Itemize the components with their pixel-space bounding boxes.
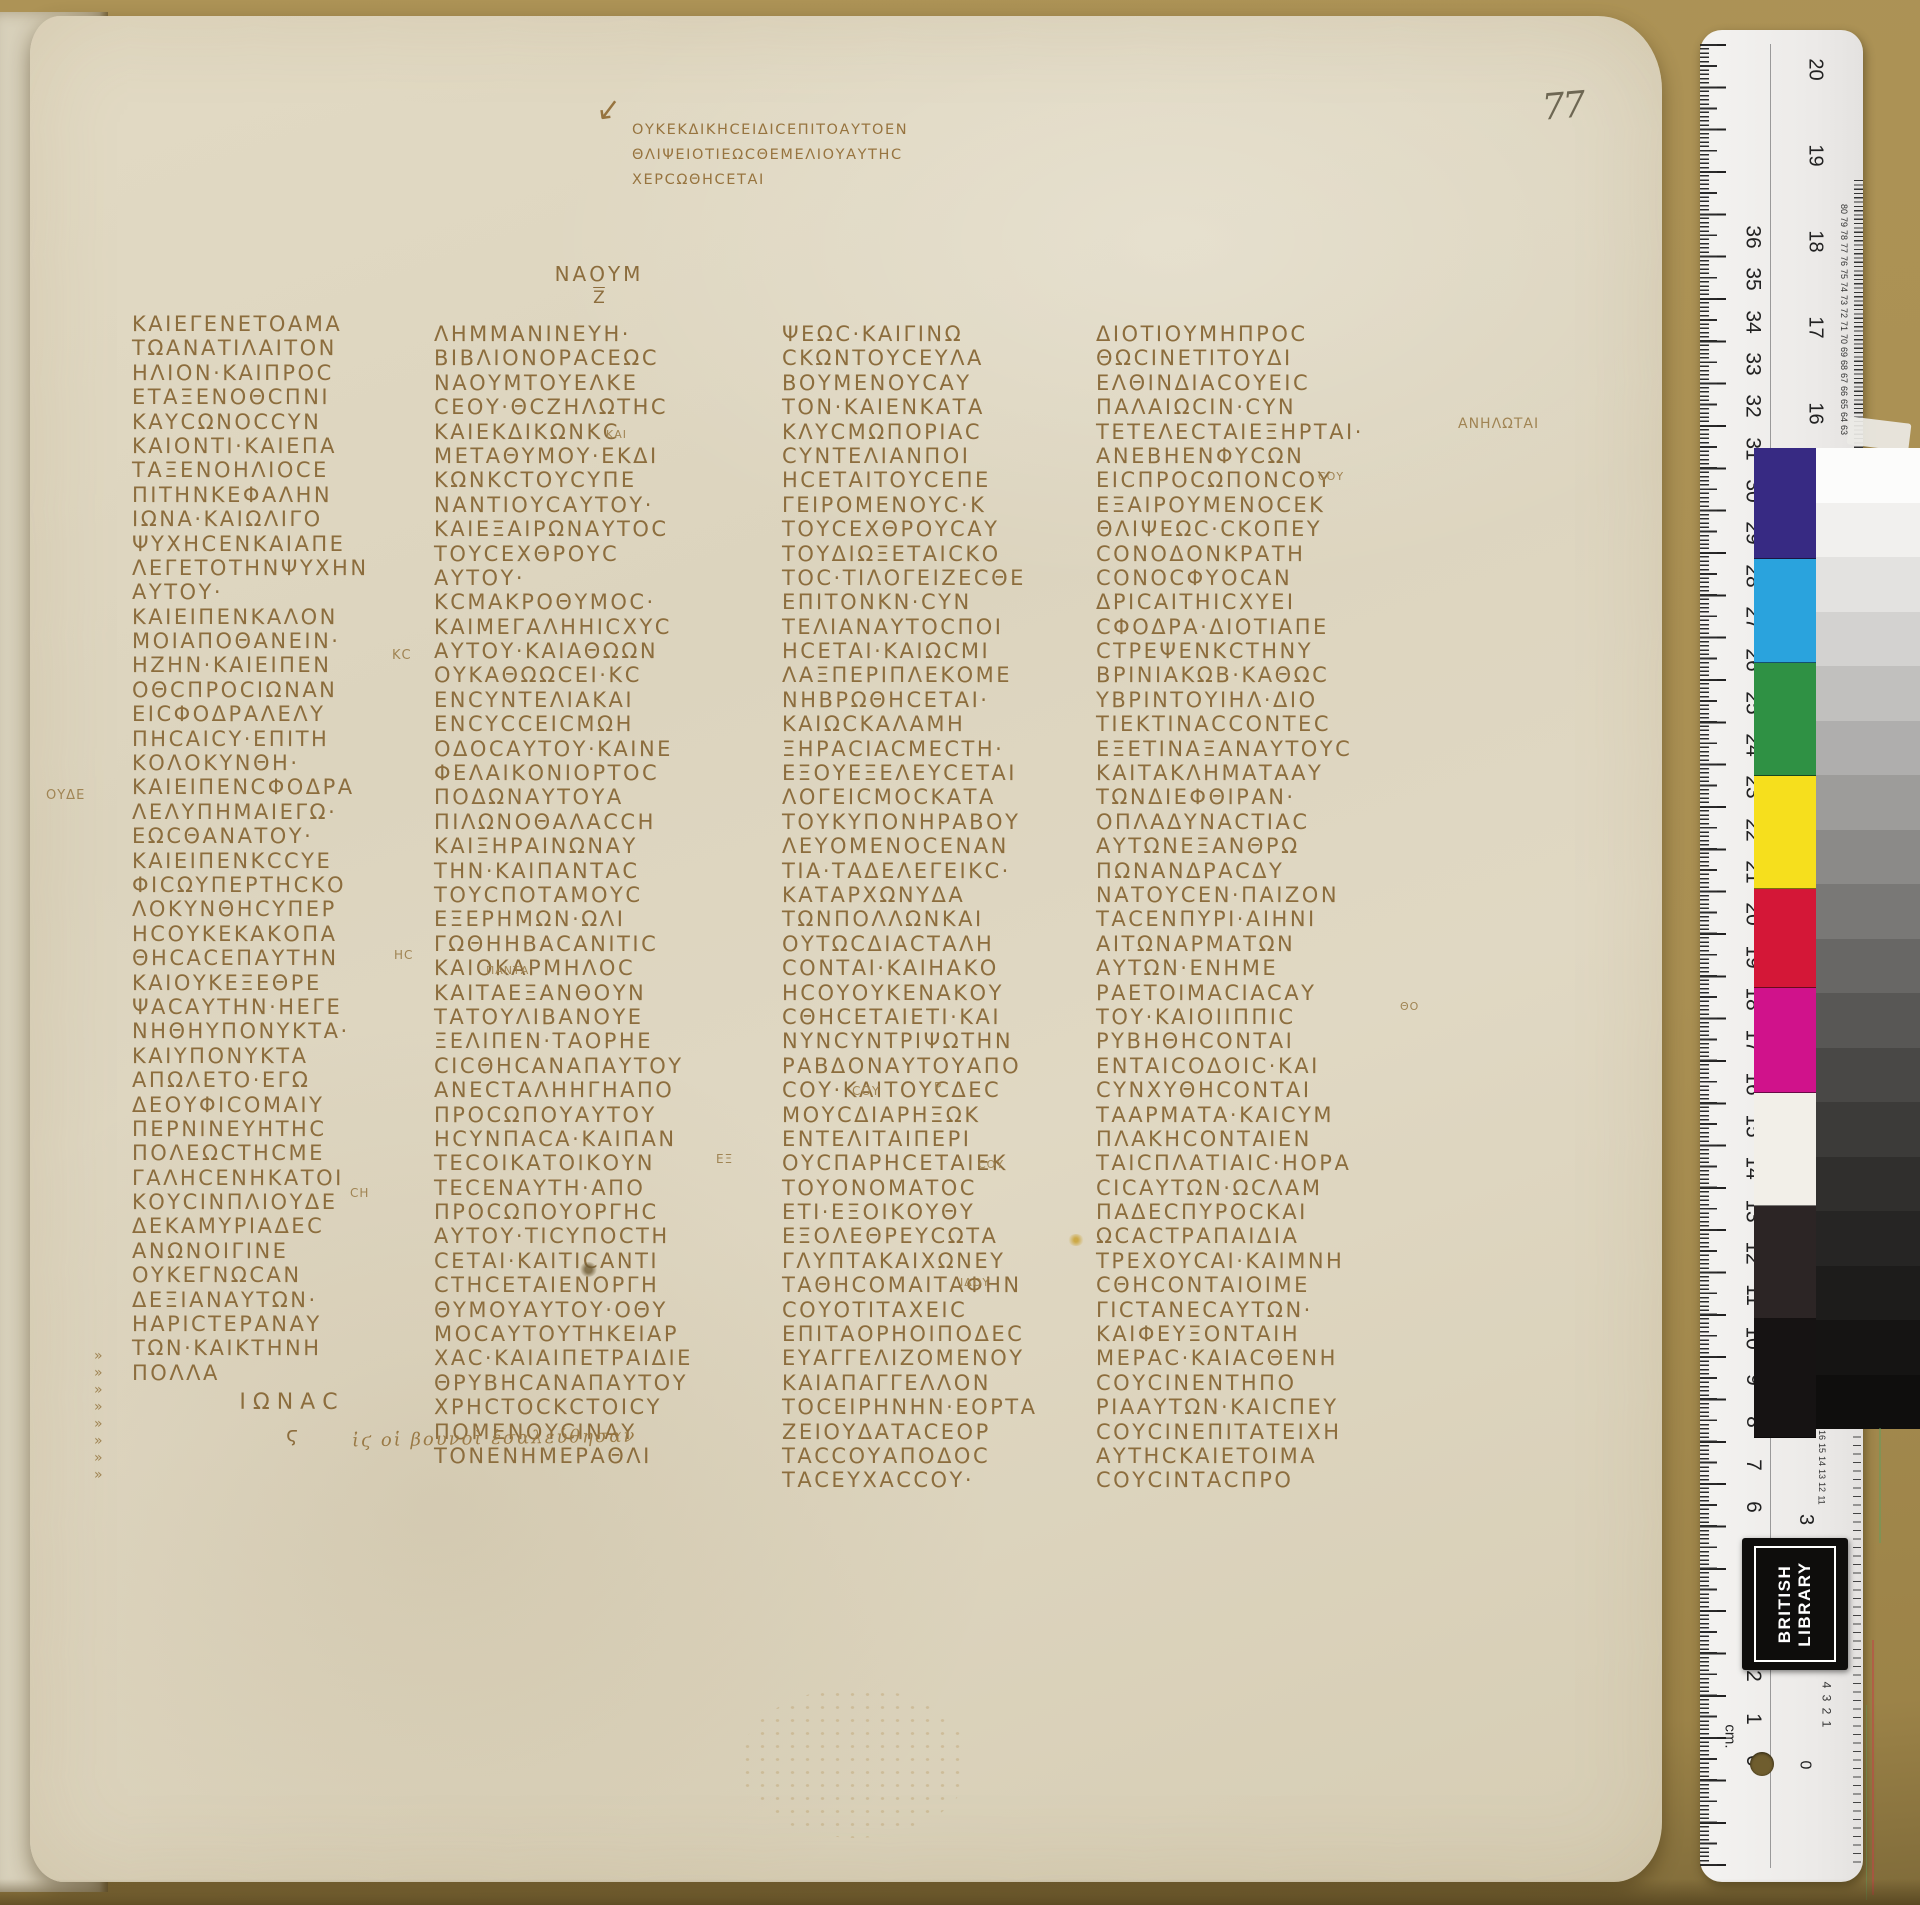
text-line: ΘΡΥΒΗCΑΝΑΠΑΥΤΟΥ — [434, 1371, 693, 1395]
text-line: ΠΡΟCΩΠΟΥΑΥΤΟΥ — [434, 1103, 693, 1127]
label-line-1: BRITISH — [1775, 1565, 1795, 1644]
text-line: ΑΥΤΗCΚΑΙΕΤΟΙΜΑ — [1096, 1444, 1364, 1468]
text-line: ΙΩΝΑ·ΚΑΙΩΛΙΓΟ — [132, 507, 369, 531]
text-line: ΠΡΟCΩΠΟΥΟΡΓΗC — [434, 1200, 693, 1224]
text-line: ΒΡΙΝΙΑΚΩΒ·ΚΑΘΩC — [1096, 663, 1364, 687]
text-line: ΟΥΤΩCΔΙΑCΤΑΛΗ — [782, 932, 1037, 956]
text-line: ΕΠΙΤΟΝΚΝ·CΥΝ — [782, 590, 1037, 614]
text-line: ΡΙΑΑΥΤΩΝ·ΚΑΙCΠΕΥ — [1096, 1395, 1364, 1419]
text-line: ΕΝCΥCCΕΙCΜΩΗ — [434, 712, 693, 736]
text-line: ΤΩΝ·ΚΑΙΚΤΗΝΗ — [132, 1336, 369, 1360]
text-line: ΔΡΙCΑΙΤΗΙCΧΥΕΙ — [1096, 590, 1364, 614]
cm-number: 35 — [1732, 258, 1774, 300]
text-line: ΓΕΙΡΟΜΕΝΟΥC·Κ — [782, 493, 1037, 517]
righe-number: 3 — [1818, 1691, 1834, 1704]
text-line: ΤΩΑΝΑΤΙΛΑΙΤΟΝ — [132, 336, 369, 360]
text-line: CΟΥCΙΝΕΝΤΗΠΟ — [1096, 1371, 1364, 1395]
text-line: ΗCΥΝΠΑCΑ·ΚΑΙΠΑΝ — [434, 1127, 693, 1151]
text-line: ΠΟΛΛΑ — [132, 1361, 369, 1385]
gray-step — [1816, 1266, 1920, 1321]
book-subscription-jonah: ΙΩΝΑC — [132, 1390, 452, 1415]
text-line: ΝΑΝΤΙΟΥCΑΥΤΟΥ· — [434, 493, 693, 517]
gray-step — [1816, 1048, 1920, 1103]
text-line: ΚΑΙΟΚΑΡΜΗΛΟC — [434, 956, 693, 980]
text-line: CΟΝΟΔΟΝΚΡΑΤΗ — [1096, 542, 1364, 566]
text-line: CΤΡΕΨΕΝΚCΤΗΝΥ — [1096, 639, 1364, 663]
text-line: ΠΕΡΝΙΝΕΥΗΤΗC — [132, 1117, 369, 1141]
gray-step — [1816, 557, 1920, 612]
text-line: ΠΗCΑΙCΥ·ΕΠΙΤΗ — [132, 727, 369, 751]
fine-number: 13 — [1812, 1467, 1832, 1480]
text-line: ΚΑΙΕΚΔΙΚΩΝΚC — [434, 420, 693, 444]
text-line: ΚCΜΑΚΡΟΘΥΜΟC· — [434, 590, 693, 614]
text-line: CΟΝΤΑΙ·ΚΑΙΗΑΚΟ — [782, 956, 1037, 980]
gray-step — [1816, 612, 1920, 667]
fine-number: 14 — [1812, 1454, 1832, 1467]
colour-patch — [1754, 988, 1816, 1093]
text-line: ΞΗΡΑCΙΑCΜΕCΤΗ· — [782, 737, 1037, 761]
text-line: ΤΑΘΗCΟΜΑΙΤΑΦΗΝ — [782, 1273, 1037, 1297]
righe-scale-numbers: 4321 — [1818, 1678, 1834, 1730]
text-line: ΟΔΟCΑΥΤΟΥ·ΚΑΙΝΕ — [434, 737, 693, 761]
text-line: ΑΠΩΛΕΤΟ·ΕΓΩ — [132, 1068, 369, 1092]
cm-number: 7 — [1732, 1444, 1774, 1486]
yellow-stain — [1068, 1234, 1084, 1246]
text-line: ΒΟΥΜΕΝΟΥCΑΥ — [782, 371, 1037, 395]
gray-step — [1816, 666, 1920, 721]
text-line: CΟΥCΙΝΤΑCΠΡΟ — [1096, 1468, 1364, 1492]
text-line: ΘΛΙΨΕΩC·CΚΟΠΕΥ — [1096, 517, 1364, 541]
coronis-ornament: » » » » » » » » — [94, 1348, 103, 1484]
text-line: ΕΞΟΛΕΘΡΕΥCΩΤΑ — [782, 1224, 1037, 1248]
fine-tick-marks-bottom — [1849, 1428, 1861, 1868]
gray-step — [1816, 448, 1920, 503]
text-line: ΒΙΒΛΙΟΝΟΡΑCΕΩC — [434, 346, 693, 370]
text-line: ΕΛΘΙΝΔΙΑCΟΥΕΙC — [1096, 371, 1364, 395]
label-line-2: LIBRARY — [1795, 1561, 1815, 1646]
gray-step — [1816, 1320, 1920, 1375]
text-line: ΠΑΛΑΙΩCΙΝ·CΥΝ — [1096, 395, 1364, 419]
text-line: ΓΑΛΗCΕΝΗΚΑΤΟΙ — [132, 1166, 369, 1190]
fine-number: 12 — [1812, 1480, 1832, 1493]
cm-number: 36 — [1732, 216, 1774, 258]
correction-line: ΘΛΙΨΕΙΟΤΙΕΩCΘΕΜΕΛΙΟΥΑΥΤΗC — [632, 143, 908, 168]
green-streak — [1879, 1428, 1881, 1543]
margin-note: ΕΞ — [716, 1152, 733, 1166]
text-line: CΟΥΟΤΙΤΑΧΕΙC — [782, 1298, 1037, 1322]
gray-step — [1816, 884, 1920, 939]
text-line: ΔΙΟΤΙΟΥΜΗΠΡΟC — [1096, 322, 1364, 346]
text-line: CΥΝΧΥΘΗCΟΝΤΑΙ — [1096, 1078, 1364, 1102]
text-line: ΝΗΘΗΥΠΟΝΥΚΤΑ· — [132, 1019, 369, 1043]
text-line: CΟΝΟCΦΥΟCΑΝ — [1096, 566, 1364, 590]
text-line: ΤΟC·ΤΙΛΟΓΕΙΖΕCΘΕ — [782, 566, 1037, 590]
text-line: ΟΥΚΕΓΝΩCΑΝ — [132, 1263, 369, 1287]
text-line: ΛΟΚΥΝΘΗCΥΠΕΡ — [132, 897, 369, 921]
text-line: ΚΑΙΤΑΚΛΗΜΑΤΑΑΥ — [1096, 761, 1364, 785]
colour-patch — [1754, 776, 1816, 889]
gray-step — [1816, 1102, 1920, 1157]
text-line: ΤΟΥCΕΧΘΡΟΥC — [434, 542, 693, 566]
text-line: ΑΝΕCΤΑΛΗΗΓΗΑΠΟ — [434, 1078, 693, 1102]
colour-patch — [1754, 889, 1816, 988]
cm-tick-marks — [1700, 44, 1730, 1868]
text-line: ΔΕΞΙΑΝΑΥΤΩΝ· — [132, 1288, 369, 1312]
text-line: ΤΑCΕΝΠΥΡΙ·ΑΙΗΝΙ — [1096, 907, 1364, 931]
zero-label: 0 — [1795, 1761, 1813, 1770]
text-line: ΕΞΟΥΕΞΕΛΕΥCΕΤΑΙ — [782, 761, 1037, 785]
text-line: ΚΑΙΞΗΡΑΙΝΩΝΑΥ — [434, 834, 693, 858]
text-line: ΤΕΤΕΛΕCΤΑΙΕΞΗΡΤΑΙ· — [1096, 420, 1364, 444]
gray-step — [1816, 1211, 1920, 1266]
text-line: ΤΑCΕΥΧΑCCΟΥ· — [782, 1468, 1037, 1492]
text-line: ΛΕΓΕΤΟΤΗΝΨΥΧΗΝ — [132, 556, 369, 580]
colour-patch — [1754, 663, 1816, 776]
text-line: ΜΕΤΑΘΥΜΟΥ·ΕΚΔΙ — [434, 444, 693, 468]
text-column-1: ΚΑΙΕΓΕΝΕΤΟΑΜΑΤΩΑΝΑΤΙΛΑΙΤΟΝΗΛΙΟΝ·ΚΑΙΠΡΟCΕ… — [132, 312, 369, 1385]
text-line: ΚΑΙΦΕΥΞΟΝΤΑΙΗ — [1096, 1322, 1364, 1346]
text-line: ΝΗΒΡΩΘΗCΕΤΑΙ· — [782, 688, 1037, 712]
unit-number: 16 — [1800, 370, 1830, 456]
cm-number: 32 — [1732, 385, 1774, 427]
bottom-unit-number: 3 — [1794, 1514, 1817, 1525]
text-column-2: ΛΗΜΜΑΝΙΝΕΥΗ·ΒΙΒΛΙΟΝΟΡΑCΕΩCΝΑΟΥΜΤΟΥΕΛΚΕCΕ… — [434, 322, 693, 1468]
text-line: ΕΤΑΞΕΝΟΘCΠΝΙ — [132, 385, 369, 409]
text-line: ΤΗΝ·ΚΑΙΠΑΝΤΑC — [434, 859, 693, 883]
text-line: ΑΙΤΩΝΑΡΜΑΤΩΝ — [1096, 932, 1364, 956]
text-line: ΠΟΛΕΩCΤΗCΜΕ — [132, 1141, 369, 1165]
gray-step — [1816, 775, 1920, 830]
colour-patch — [1754, 448, 1816, 559]
cm-number: 34 — [1732, 301, 1774, 343]
correction-line: ΟΥΚΕΚΔΙΚΗCΕΙΔΙCΕΠΙΤΟΑΥΤΟΕΝ — [632, 118, 908, 143]
text-line: ΤΟΝ·ΚΑΙΕΝΚΑΤΑ — [782, 395, 1037, 419]
text-line: ΤΙΕΚΤΙΝΑCCΟΝΤΕC — [1096, 712, 1364, 736]
text-line: CΙCΘΗCΑΝΑΠΑΥΤΟΥ — [434, 1054, 693, 1078]
text-line: ΠΟΔΩΝΑΥΤΟΥΑ — [434, 785, 693, 809]
text-line: ΠΙΛΩΝΟΘΑΛΑCCΗ — [434, 810, 693, 834]
grayscale-step-column — [1816, 448, 1920, 1438]
text-line: ΕΞΕΤΙΝΑΞΑΝΑΥΤΟΥC — [1096, 737, 1364, 761]
text-line: ΓΩΘΗΗΒΑCΑΝΙΤΙC — [434, 932, 693, 956]
text-line: ΗCΕΤΑΙ·ΚΑΙΩCΜΙ — [782, 639, 1037, 663]
margin-note: ΘΟ — [1400, 1000, 1419, 1013]
text-line: ΕΞΕΡΗΜΩΝ·ΩΛΙ — [434, 907, 693, 931]
text-line: ΠΩΝΑΝΔΡΑCΔΥ — [1096, 859, 1364, 883]
text-line: ΜΕΡΑC·ΚΑΙΑCΘΕΝΗ — [1096, 1346, 1364, 1370]
text-line: ΦΙCΩΥΠΕΡΤΗCΚΟ — [132, 873, 369, 897]
text-line: ΡΑΒΔΟΝΑΥΤΟΥΑΠΟ — [782, 1054, 1037, 1078]
text-line: ΚΑΙΑΠΑΓΓΕΛΛΟΝ — [782, 1371, 1037, 1395]
text-line: CΟΥ·ΚΑΙΤΟΥCΔΕC — [782, 1078, 1037, 1102]
text-line: ΚΑΙΟΝΤΙ·ΚΑΙΕΠΑ — [132, 434, 369, 458]
text-line: ΥΒΡΙΝΤΟΥΙΗΛ·ΔΙΟ — [1096, 688, 1364, 712]
text-line: ΟΘCΠΡΟCΙΩΝΑΝ — [132, 678, 369, 702]
colour-patch — [1754, 1319, 1816, 1438]
text-line: ΤΕCΟΙΚΑΤΟΙΚΟΥΝ — [434, 1151, 693, 1175]
text-line: ΤΑΞΕΝΟΗΛΙΟCΕ — [132, 458, 369, 482]
text-line: ΛΑΞΠΕΡΙΠΛΕΚΟΜΕ — [782, 663, 1037, 687]
running-title-nahum: ΝΑΟΥΜ — [434, 262, 764, 286]
text-line: CΘΗCΕΤΑΙΕΤΙ·ΚΑΙ — [782, 1005, 1037, 1029]
colour-patch — [1754, 1093, 1816, 1206]
margin-note: CΟΥ — [852, 1084, 880, 1098]
text-line: ΨΥΧΗCΕΝΚΑΙΑΠΕ — [132, 532, 369, 556]
text-line: ΩCΑCΤΡΑΠΑΙΔΙΑ — [1096, 1224, 1364, 1248]
text-line: ΤΑΙCΠΛΑΤΙΑΙC·ΗΟΡΑ — [1096, 1151, 1364, 1175]
text-line: ΤΡΕΧΟΥCΑΙ·ΚΑΙΜΝΗ — [1096, 1249, 1364, 1273]
correction-line: ΧΕΡCΩΘΗCΕΤΑΙ — [632, 168, 908, 193]
margin-note: ΟΥΔΕ — [46, 788, 85, 803]
text-line: ΟΥΚΑΘΩΩCΕΙ·ΚC — [434, 663, 693, 687]
text-line: ΚΩΝΚCΤΟΥCΥΠΕ — [434, 468, 693, 492]
text-line: ΚΑΙΜΕΓΑΛΗΗΙCΧΥC — [434, 615, 693, 639]
margin-note: CΟΥ — [1318, 470, 1344, 483]
margin-note: ΚC — [392, 648, 412, 663]
margin-note: ΗC — [394, 948, 413, 962]
text-line: ΚΑΙΕΞΑΙΡΩΝΑΥΤΟC — [434, 517, 693, 541]
text-line: ΚΟΛΟΚΥΝΘΗ· — [132, 751, 369, 775]
text-line: ΚΑΙΟΥΚΕΞΕΘΡΕ — [132, 971, 369, 995]
colour-patch — [1754, 559, 1816, 663]
text-line: ΕΤΙ·ΕΞΟΙΚΟΥΘΥ — [782, 1200, 1037, 1224]
text-line: ΛΕΛΥΠΗΜΑΙΕΓΩ· — [132, 800, 369, 824]
text-line: ΜΟΙΑΠΟΘΑΝΕΙΝ· — [132, 629, 369, 653]
text-line: ΜΟΥCΔΙΑΡΗΞΩΚ — [782, 1103, 1037, 1127]
gray-step — [1816, 993, 1920, 1048]
colour-calibration-chart — [1754, 448, 1920, 1438]
text-line: ΑΝΕΒΗΕΝΦΥCΩΝ — [1096, 444, 1364, 468]
text-line: CΕΟΥ·ΘCΖΗΛΩΤΗC — [434, 395, 693, 419]
text-line: ΚΑΙΩCΚΑΛΑΜΗ — [782, 712, 1037, 736]
gray-step — [1816, 1157, 1920, 1212]
text-line: ΚΛΥCΜΩΠΟΡΙΑC — [782, 420, 1037, 444]
fine-number: 11 — [1812, 1493, 1832, 1506]
fine-scale-numbers-bottom: 161514131211 — [1812, 1428, 1832, 1506]
text-line: ΕΥΑΓΓΕΛΙΖΟΜΕΝΟΥ — [782, 1346, 1037, 1370]
text-line: ΨΑCΑΥΤΗΝ·ΗΕΓΕ — [132, 995, 369, 1019]
text-line: ΑΥΤΟΥ·ΚΑΙΑΘΩΩΝ — [434, 639, 693, 663]
margin-note: CΗ — [350, 1186, 369, 1200]
text-line: ΗΛΙΟΝ·ΚΑΙΠΡΟC — [132, 361, 369, 385]
text-line: ΗΖΗΝ·ΚΑΙΕΙΠΕΝ — [132, 653, 369, 677]
ruler-hole — [1750, 1752, 1774, 1776]
red-streak — [1872, 1640, 1874, 1895]
text-line: ΚΑΙΕΙΠΕΝΚCCΥΕ — [132, 849, 369, 873]
text-line: ΜΟCΑΥΤΟΥΤΗΚΕΙΑΡ — [434, 1322, 693, 1346]
text-line: ΘΥΜΟΥΑΥΤΟΥ·ΟΘΥ — [434, 1298, 693, 1322]
text-line: ΗΑΡΙCΤΕΡΑΝΑΥ — [132, 1312, 369, 1336]
unit-number: 17 — [1800, 284, 1830, 370]
text-line: ΓΛΥΠΤΑΚΑΙΧΩΝΕΥ — [782, 1249, 1037, 1273]
top-margin-correction: ΟΥΚΕΚΔΙΚΗCΕΙΔΙCΕΠΙΤΟΑΥΤΟΕΝΘΛΙΨΕΙΟΤΙΕΩCΘΕ… — [632, 118, 908, 193]
text-line: CΙCΑΥΤΩΝ·ΩCΛΑΜ — [1096, 1176, 1364, 1200]
text-line: CΚΩΝΤΟΥCΕΥΛΑ — [782, 346, 1037, 370]
text-line: ΡΥΒΗΘΗCΟΝΤΑΙ — [1096, 1029, 1364, 1053]
text-column-3: ΨΕΩC·ΚΑΙΓΙΝΩCΚΩΝΤΟΥCΕΥΛΑΒΟΥΜΕΝΟΥCΑΥΤΟΝ·Κ… — [782, 322, 1037, 1493]
running-title-numeral: Ζ — [434, 288, 764, 308]
text-line: ΝΑΟΥΜΤΟΥΕΛΚΕ — [434, 371, 693, 395]
text-line: ΑΝΩΝΟΙΓΙΝΕ — [132, 1239, 369, 1263]
text-line: ΡΑΕΤΟΙΜΑCΙΑCΑΥ — [1096, 981, 1364, 1005]
insertion-arrow-icon: ↙ — [594, 90, 624, 128]
text-line: CΟΥCΙΝΕΠΙΤΑΤΕΙΧΗ — [1096, 1420, 1364, 1444]
text-line: ΛΟΓΕΙCΜΟCΚΑΤΑ — [782, 785, 1037, 809]
text-line: ΘΗCΑCΕΠΑΥΤΗΝ — [132, 946, 369, 970]
folio-number: 77 — [1540, 84, 1585, 128]
fine-number: 15 — [1812, 1441, 1832, 1454]
text-line: ΚΑΙΕΓΕΝΕΤΟΑΜΑ — [132, 312, 369, 336]
text-line: ΟΠΛΑΔΥΝΑCΤΙΑC — [1096, 810, 1364, 834]
text-line: ΤΟΥΚΥΠΟΝΗΡΑΒΟΥ — [782, 810, 1037, 834]
british-library-label: BRITISH LIBRARY — [1754, 1546, 1836, 1662]
text-line: ΕΞΑΙΡΟΥΜΕΝΟCΕΚ — [1096, 493, 1364, 517]
text-line: ΞΕΛΙΠΕΝ·ΤΑΟΡΗΕ — [434, 1029, 693, 1053]
text-line: CΕΤΑΙ·ΚΑΙΤΙCΑΝΤΙ — [434, 1249, 693, 1273]
text-line: ΧΑC·ΚΑΙΑΙΠΕΤΡΑΙΔΙΕ — [434, 1346, 693, 1370]
margin-note: Ρ — [934, 1080, 942, 1094]
text-line: ΤΑCCΟΥΑΠΟΔΟC — [782, 1444, 1037, 1468]
text-line: ΤΩΝΠΟΛΛΩΝΚΑΙ — [782, 907, 1037, 931]
text-line: ΛΗΜΜΑΝΙΝΕΥΗ· — [434, 322, 693, 346]
text-line: ΚΑΙΥΠΟΝΥΚΤΑ — [132, 1044, 369, 1068]
text-line: ΤΟΥCΕΧΘΡΟΥCΑΥ — [782, 517, 1037, 541]
text-line: ΤΑΑΡΜΑΤΑ·ΚΑΙCΥΜ — [1096, 1103, 1364, 1127]
text-line: ΤΟCΕΙΡΗΝΗΝ·ΕΟΡΤΑ — [782, 1395, 1037, 1419]
margin-note: ΙΔΟΥ — [960, 1276, 990, 1289]
margin-note: ΑΝΗΛΩΤΑΙ — [1458, 416, 1539, 432]
colour-patch-column — [1754, 448, 1816, 1438]
text-line: ΕΝΤΕΛΙΤΑΙΠΕΡΙ — [782, 1127, 1037, 1151]
margin-note: ΠΑΝΤΑ — [486, 964, 529, 977]
text-line: ΔΕΟΥΦΙCΟΜΑΙΥ — [132, 1093, 369, 1117]
text-line: ΝΥΝCΥΝΤΡΙΨΩΤΗΝ — [782, 1029, 1037, 1053]
text-line: ΚΑΙΤΑΕΞΑΝΘΟΥΝ — [434, 981, 693, 1005]
text-line: ΗCΕΤΑΙΤΟΥCΕΠΕ — [782, 468, 1037, 492]
cm-number: 6 — [1732, 1486, 1774, 1528]
text-line: ΓΙCΤΑΝΕCΑΥΤΩΝ· — [1096, 1298, 1364, 1322]
text-line: ΠΑΔΕCΠΥΡΟCΚΑΙ — [1096, 1200, 1364, 1224]
gray-step — [1816, 1375, 1920, 1430]
text-column-4: ΔΙΟΤΙΟΥΜΗΠΡΟCΘΩCΙΝΕΤΙΤΟΥΔΙΕΛΘΙΝΔΙΑCΟΥΕΙC… — [1096, 322, 1364, 1493]
manuscript-photo: CΑΓΑΡCΕΝΟΠΝΚΑΙΜΑΚΑΙΠΙΜΕΙΤΑΝΥΑΛΕΙΜΚΑΙΙΝΜΕ… — [0, 0, 1920, 1905]
text-line: ΖΕΙΟΥΔΑΤΑCΕΟΡ — [782, 1420, 1037, 1444]
text-line: CΦΟΔΡΑ·ΔΙΟΤΙΑΠΕ — [1096, 615, 1364, 639]
gray-step — [1816, 939, 1920, 994]
text-line: ΤΟΥΟΝΟΜΑΤΟC — [782, 1176, 1037, 1200]
margin-note: ΚΑΙ — [606, 428, 627, 441]
text-line: ΛΕΥΟΜΕΝΟCΕΝΑΝ — [782, 834, 1037, 858]
text-line: CΤΗCΕΤΑΙΕΝΟΡΓΗ — [434, 1273, 693, 1297]
text-line: CΥΝΤΕΛΙΑΝΠΟΙ — [782, 444, 1037, 468]
margin-note: CΟΥ — [978, 1158, 1004, 1171]
text-line: ΕΩCΘΑΝΑΤΟΥ· — [132, 824, 369, 848]
gray-step — [1816, 721, 1920, 776]
secondary-scale-numbers: 2019181716 — [1800, 26, 1830, 456]
text-line: ΕΝCΥΝΤΕΛΙΑΚΑΙ — [434, 688, 693, 712]
text-line: ΕΙCΦΟΔΡΑΛΕΛΥ — [132, 702, 369, 726]
text-line: ΤΕΛΙΑΝΑΥΤΟCΠΟΙ — [782, 615, 1037, 639]
green-streak-thin — [1866, 1705, 1867, 1900]
text-line: ΑΥΤΩΝΕΞΑΝΘΡΩ — [1096, 834, 1364, 858]
gray-step — [1816, 830, 1920, 885]
parchment-freckles — [740, 1688, 970, 1838]
colour-patch — [1754, 1206, 1816, 1319]
text-line: ΑΥΤΩΝ·ΕΝΗΜΕ — [1096, 956, 1364, 980]
text-line: ΨΕΩC·ΚΑΙΓΙΝΩ — [782, 322, 1037, 346]
righe-number: 1 — [1818, 1717, 1834, 1730]
text-line: ΤΙΑ·ΤΑΔΕΛΕΓΕΙΚC· — [782, 859, 1037, 883]
text-line: ΗCΟΥΟΥΚΕΝΑΚΟΥ — [782, 981, 1037, 1005]
unit-number: 18 — [1800, 198, 1830, 284]
text-line: ΑΥΤΟΥ· — [132, 580, 369, 604]
text-line: ΕΝΤΑΙCΟΔΟΙC·ΚΑΙ — [1096, 1054, 1364, 1078]
text-line: ΚΑΙΕΙΠΕΝCΦΟΔΡΑ — [132, 775, 369, 799]
text-line: ΝΑΤΟΥCΕΝ·ΠΑΙΖΟΝ — [1096, 883, 1364, 907]
righe-number: 4 — [1818, 1678, 1834, 1691]
text-line: ΤΟΥCΠΟΤΑΜΟΥC — [434, 883, 693, 907]
text-line: ΤΩΝΔΙΕΦΘΙΡΑΝ· — [1096, 785, 1364, 809]
text-line: ΑΥΤΟΥ·ΤΙCΥΠΟCΤΗ — [434, 1224, 693, 1248]
righe-number: 2 — [1818, 1704, 1834, 1717]
text-line: ΤΟΥΔΙΩΞΕΤΑΙCΚΟ — [782, 542, 1037, 566]
text-line: CΘΗCΟΝΤΑΙΟΙΜΕ — [1096, 1273, 1364, 1297]
text-line: ΑΥΤΟΥ· — [434, 566, 693, 590]
text-line: ΕΠΙΤΑΟΡΗΟΙΠΟΔΕC — [782, 1322, 1037, 1346]
text-line: ΦΕΛΑΙΚΟΝΙΟΡΤΟC — [434, 761, 693, 785]
text-line: ΠΙΤΗΝΚΕΦΑΛΗΝ — [132, 483, 369, 507]
british-library-tab: BRITISH LIBRARY — [1742, 1538, 1848, 1670]
gray-step — [1816, 503, 1920, 558]
text-line: ΗCΟΥΚΕΚΑΚΟΠΑ — [132, 922, 369, 946]
unit-number: 19 — [1800, 112, 1830, 198]
cm-unit-label: cm. — [1722, 1724, 1739, 1748]
unit-number: 20 — [1800, 26, 1830, 112]
text-line: ΔΕΚΑΜΥΡΙΑΔΕC — [132, 1214, 369, 1238]
text-line: ΧΡΗCΤΟCΚCΤΟΙCΥ — [434, 1395, 693, 1419]
ink-stain — [580, 1262, 597, 1277]
cm-number: 33 — [1732, 343, 1774, 385]
text-line: ΠΛΑΚΗCΟΝΤΑΙΕΝ — [1096, 1127, 1364, 1151]
text-line: ΤΟΥ·ΚΑΙΟΙΙΠΠΙC — [1096, 1005, 1364, 1029]
text-line: ΚΑΤΑΡΧΩΝΥΔΑ — [782, 883, 1037, 907]
text-line: ΘΩCΙΝΕΤΙΤΟΥΔΙ — [1096, 346, 1364, 370]
text-line: ΚΟΥCΙΝΠΛΙΟΥΔΕ — [132, 1190, 369, 1214]
text-line: ΚΑΙΕΙΠΕΝΚΑΛΟΝ — [132, 605, 369, 629]
text-line: ΤΑΤΟΥΛΙΒΑΝΟΥΕ — [434, 1005, 693, 1029]
text-line: ΤΕCΕΝΑΥΤΗ·ΑΠΟ — [434, 1176, 693, 1200]
text-line: ΚΑΥCΩΝΟCCΥΝ — [132, 410, 369, 434]
